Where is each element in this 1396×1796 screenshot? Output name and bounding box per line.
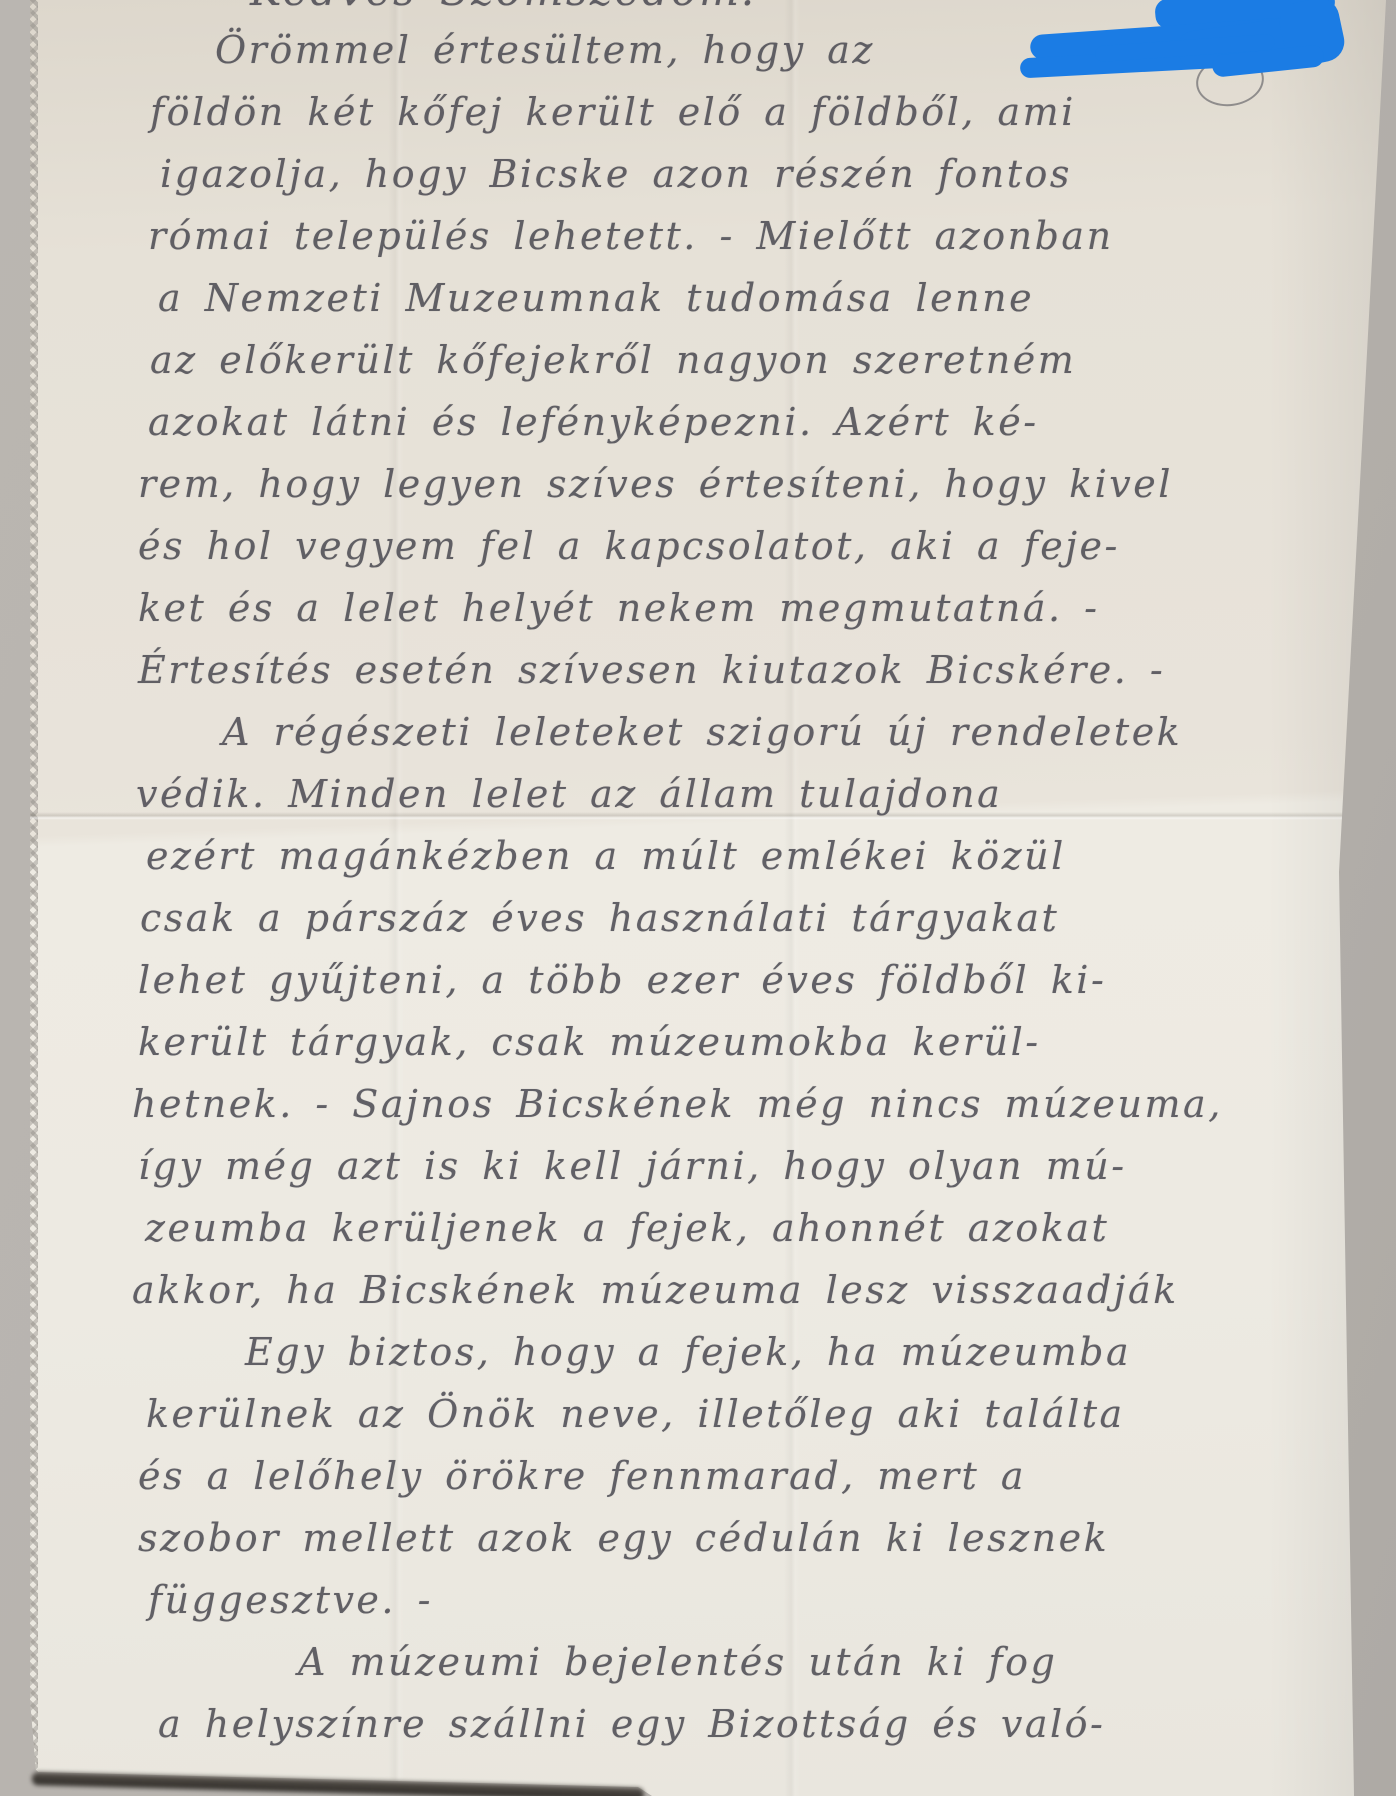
handwritten-line: szobor mellett azok egy cédulán ki leszn… [138, 1516, 1109, 1560]
letter-sheet: Kedves Szomszédom! Örömmel értesültem, h… [0, 0, 1396, 1796]
handwritten-line: csak a párszáz éves használati tárgyakat [140, 896, 1059, 940]
handwritten-line: igazolja, hogy Bicske azon részén fontos [160, 152, 1072, 196]
handwritten-line: zeumba kerüljenek a fejek, ahonnét azoka… [145, 1206, 1109, 1250]
handwritten-line: függesztve. - [148, 1578, 433, 1622]
handwritten-line: és hol vegyem fel a kapcsolatot, aki a f… [138, 524, 1120, 568]
handwritten-line: az előkerült kőfejekről nagyon szeretném [150, 338, 1076, 382]
handwritten-line: akkor, ha Bicskének múzeuma lesz visszaa… [132, 1268, 1179, 1312]
handwritten-line: A régészeti leleteket szigorú új rendele… [222, 710, 1182, 754]
handwritten-line: a helyszínre szállni egy Bizottság és va… [158, 1702, 1105, 1746]
handwritten-line: így még azt is ki kell járni, hogy olyan… [138, 1144, 1127, 1188]
photo-background: Kedves Szomszédom! Örömmel értesültem, h… [0, 0, 1396, 1796]
handwritten-line: hetnek. - Sajnos Bicskének még nincs múz… [132, 1082, 1223, 1126]
handwritten-line: ezért magánkézben a múlt emlékei közül [146, 834, 1066, 878]
handwritten-line: Örömmel értesültem, hogy az [215, 28, 875, 72]
handwritten-line: Értesítés esetén szívesen kiutazok Bicsk… [138, 648, 1165, 692]
salutation-line-clipped: Kedves Szomszédom! [250, 0, 761, 15]
handwritten-line: római település lehetett. - Mielőtt azon… [148, 214, 1114, 258]
handwritten-line: lehet gyűjteni, a több ezer éves földből… [138, 958, 1106, 1002]
handwritten-line: kerülnek az Önök neve, illetőleg aki tal… [146, 1392, 1125, 1436]
handwritten-line: ket és a lelet helyét nekem megmutatná. … [138, 586, 1100, 630]
handwritten-line: A múzeumi bejelentés után ki fog [298, 1640, 1057, 1684]
handwriting-body: Kedves Szomszédom! Örömmel értesültem, h… [0, 0, 1396, 1796]
handwritten-line: Egy biztos, hogy a fejek, ha múzeumba [245, 1330, 1131, 1374]
handwritten-line: földön két kőfej került elő a földből, a… [150, 90, 1076, 134]
handwritten-line: azokat látni és lefényképezni. Azért ké- [148, 400, 1039, 444]
handwritten-line: védik. Minden lelet az állam tulajdona [136, 772, 1002, 816]
handwritten-line: és a lelőhely örökre fennmarad, mert a [138, 1454, 1026, 1498]
handwritten-line: rem, hogy legyen szíves értesíteni, hogy… [138, 462, 1173, 506]
handwritten-line: a Nemzeti Muzeumnak tudomása lenne [158, 276, 1034, 320]
handwritten-line: került tárgyak, csak múzeumokba kerül- [138, 1020, 1041, 1064]
